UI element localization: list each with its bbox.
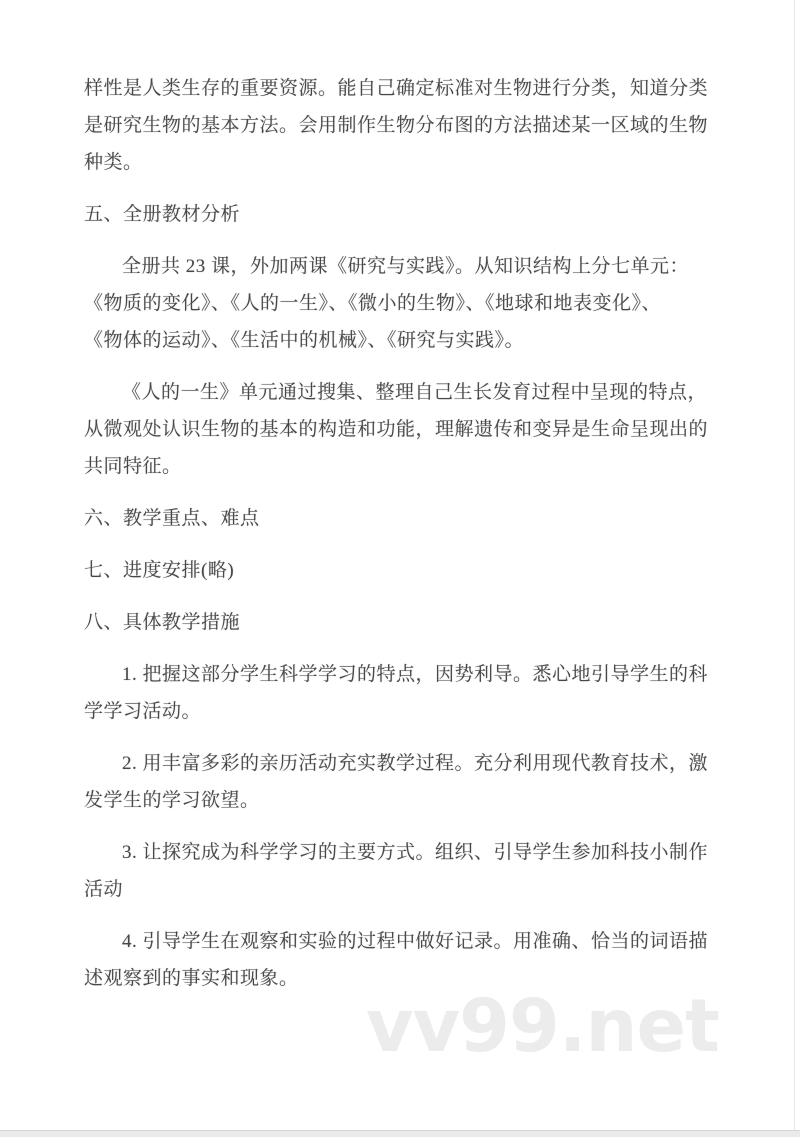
paragraph: 1. 把握这部分学生科学学习的特点，因势利导。悉心地引导学生的科学学习活动。 <box>84 656 714 730</box>
paragraph: 2. 用丰富多彩的亲历活动充实教学过程。充分利用现代教育技术，激发学生的学习欲望… <box>84 745 714 819</box>
text-line: 《人的一生》单元通过搜集、整理自己生长发育过程中呈现的特点， <box>84 374 714 411</box>
text-line: 4. 引导学生在观察和实验的过程中做好记录。用准确、恰当的词语描 <box>84 923 714 960</box>
text-line: 七、进度安排(略) <box>84 552 714 589</box>
text-line: 活动 <box>84 871 714 908</box>
text-line: 五、全册教材分析 <box>84 196 714 233</box>
text-line: 八、具体教学措施 <box>84 604 714 641</box>
text-line: 六、教学重点、难点 <box>84 500 714 537</box>
paragraph: 全册共 23 课，外加两课《研究与实践》。从知识结构上分七单元：《物质的变化》、… <box>84 248 714 359</box>
text-line: 样性是人类生存的重要资源。能自己确定标准对生物进行分类，知道分类 <box>84 70 714 107</box>
text-line: 全册共 23 课，外加两课《研究与实践》。从知识结构上分七单元： <box>84 248 714 285</box>
text-line: 3. 让探究成为科学学习的主要方式。组织、引导学生参加科技小制作 <box>84 834 714 871</box>
document-body: 样性是人类生存的重要资源。能自己确定标准对生物进行分类，知道分类是研究生物的基本… <box>0 0 794 1012</box>
section-heading: 八、具体教学措施 <box>84 604 714 641</box>
paragraph: 3. 让探究成为科学学习的主要方式。组织、引导学生参加科技小制作活动 <box>84 834 714 908</box>
text-line: 共同特征。 <box>84 448 714 485</box>
paragraph: 样性是人类生存的重要资源。能自己确定标准对生物进行分类，知道分类是研究生物的基本… <box>84 70 714 181</box>
text-line: 发学生的学习欲望。 <box>84 782 714 819</box>
text-line: 学学习活动。 <box>84 693 714 730</box>
text-line: 2. 用丰富多彩的亲历活动充实教学过程。充分利用现代教育技术，激 <box>84 745 714 782</box>
section-heading: 五、全册教材分析 <box>84 196 714 233</box>
page-bottom-edge <box>0 1130 800 1137</box>
watermark-text: vv99.net <box>366 990 719 1063</box>
section-heading: 六、教学重点、难点 <box>84 500 714 537</box>
text-line: 是研究生物的基本方法。会用制作生物分布图的方法描述某一区域的生物 <box>84 107 714 144</box>
text-line: 种类。 <box>84 144 714 181</box>
paragraph: 《人的一生》单元通过搜集、整理自己生长发育过程中呈现的特点，从微观处认识生物的基… <box>84 374 714 485</box>
text-line: 《物体的运动》、《生活中的机械》、《研究与实践》。 <box>84 322 714 359</box>
text-line: 1. 把握这部分学生科学学习的特点，因势利导。悉心地引导学生的科 <box>84 656 714 693</box>
section-heading: 七、进度安排(略) <box>84 552 714 589</box>
text-line: 《物质的变化》、《人的一生》、《微小的生物》、《地球和地表变化》、 <box>84 285 714 322</box>
document-page: 样性是人类生存的重要资源。能自己确定标准对生物进行分类，知道分类是研究生物的基本… <box>0 0 795 1130</box>
text-line: 从微观处认识生物的基本的构造和功能，理解遗传和变异是生命呈现出的 <box>84 411 714 448</box>
